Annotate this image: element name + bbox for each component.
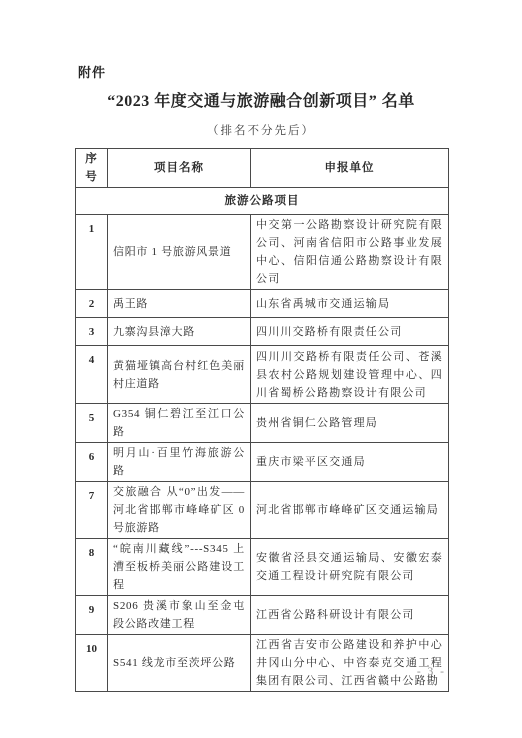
row-number: 5 [76,404,108,443]
table-row: 5G354 铜仁碧江至江口公路贵州省铜仁公路管理局 [76,404,449,443]
applicant-cell: 江西省公路科研设计有限公司 [251,596,449,635]
row-number: 7 [76,482,108,539]
row-number: 3 [76,318,108,346]
row-number: 6 [76,443,108,482]
project-name-cell: 黄猫垭镇高台村红色美丽村庄道路 [108,346,251,404]
page-title: “2023 年度交通与旅游融合创新项目” 名单 [0,88,522,111]
applicant-cell: 四川川交路桥有限责任公司 [251,318,449,346]
section-row: 旅游公路项目 [76,188,449,215]
row-number: 9 [76,596,108,635]
row-number: 10 [76,635,108,692]
table-row: 7交旅融合 从“0”出发——河北省邯郸市峰峰矿区 0 号旅游路河北省邯郸市峰峰矿… [76,482,449,539]
table-row: 3九寨沟县漳大路四川川交路桥有限责任公司 [76,318,449,346]
row-number: 2 [76,290,108,318]
table-row: 9S206 贵溪市象山至金屯段公路改建工程江西省公路科研设计有限公司 [76,596,449,635]
table-row: 2禹王路山东省禹城市交通运输局 [76,290,449,318]
project-name-cell: 信阳市 1 号旅游风景道 [108,215,251,290]
project-name-cell: S206 贵溪市象山至金屯段公路改建工程 [108,596,251,635]
table-header-row: 序号 项目名称 申报单位 [76,149,449,188]
applicant-cell: 山东省禹城市交通运输局 [251,290,449,318]
applicant-cell: 中交第一公路勘察设计研究院有限公司、河南省信阳市公路事业发展中心、信阳信通公路勘… [251,215,449,290]
applicant-cell: 四川川交路桥有限责任公司、苍溪县农村公路规划建设管理中心、四川省蜀桥公路勘察设计… [251,346,449,404]
applicant-cell: 重庆市梁平区交通局 [251,443,449,482]
project-name-cell: 九寨沟县漳大路 [108,318,251,346]
applicant-cell: 江西省吉安市公路建设和养护中心井冈山分中心、中咨泰克交通工程集团有限公司、江西省… [251,635,449,692]
project-name-cell: 明月山·百里竹海旅游公路 [108,443,251,482]
document-page: 附件 “2023 年度交通与旅游融合创新项目” 名单 （排名不分先后） 序号 项… [0,0,522,738]
project-name-cell: S541 线龙市至茨坪公路 [108,635,251,692]
row-number: 1 [76,215,108,290]
project-name-cell: 交旅融合 从“0”出发——河北省邯郸市峰峰矿区 0 号旅游路 [108,482,251,539]
table-row: 10S541 线龙市至茨坪公路江西省吉安市公路建设和养护中心井冈山分中心、中咨泰… [76,635,449,692]
table-row: 4黄猫垭镇高台村红色美丽村庄道路四川川交路桥有限责任公司、苍溪县农村公路规划建设… [76,346,449,404]
column-header-no: 序号 [76,149,108,188]
applicant-cell: 安徽省泾县交通运输局、安徽宏泰交通工程设计研究院有限公司 [251,539,449,596]
project-name-cell: “皖南川藏线”---S345 上漕至板桥美丽公路建设工程 [108,539,251,596]
section-title: 旅游公路项目 [76,188,449,215]
projects-table: 序号 项目名称 申报单位 旅游公路项目 1信阳市 1 号旅游风景道中交第一公路勘… [75,148,449,692]
page-subtitle: （排名不分先后） [0,122,522,138]
page-number: - 3 - [417,666,446,678]
project-name-cell: G354 铜仁碧江至江口公路 [108,404,251,443]
column-header-project-name: 项目名称 [108,149,251,188]
table-row: 6明月山·百里竹海旅游公路重庆市梁平区交通局 [76,443,449,482]
table-body: 旅游公路项目 1信阳市 1 号旅游风景道中交第一公路勘察设计研究院有限公司、河南… [76,188,449,692]
attachment-label: 附件 [78,62,106,81]
table-row: 8“皖南川藏线”---S345 上漕至板桥美丽公路建设工程安徽省泾县交通运输局、… [76,539,449,596]
applicant-cell: 河北省邯郸市峰峰矿区交通运输局 [251,482,449,539]
applicant-cell: 贵州省铜仁公路管理局 [251,404,449,443]
column-header-applicant: 申报单位 [251,149,449,188]
row-number: 4 [76,346,108,404]
row-number: 8 [76,539,108,596]
project-name-cell: 禹王路 [108,290,251,318]
table-row: 1信阳市 1 号旅游风景道中交第一公路勘察设计研究院有限公司、河南省信阳市公路事… [76,215,449,290]
